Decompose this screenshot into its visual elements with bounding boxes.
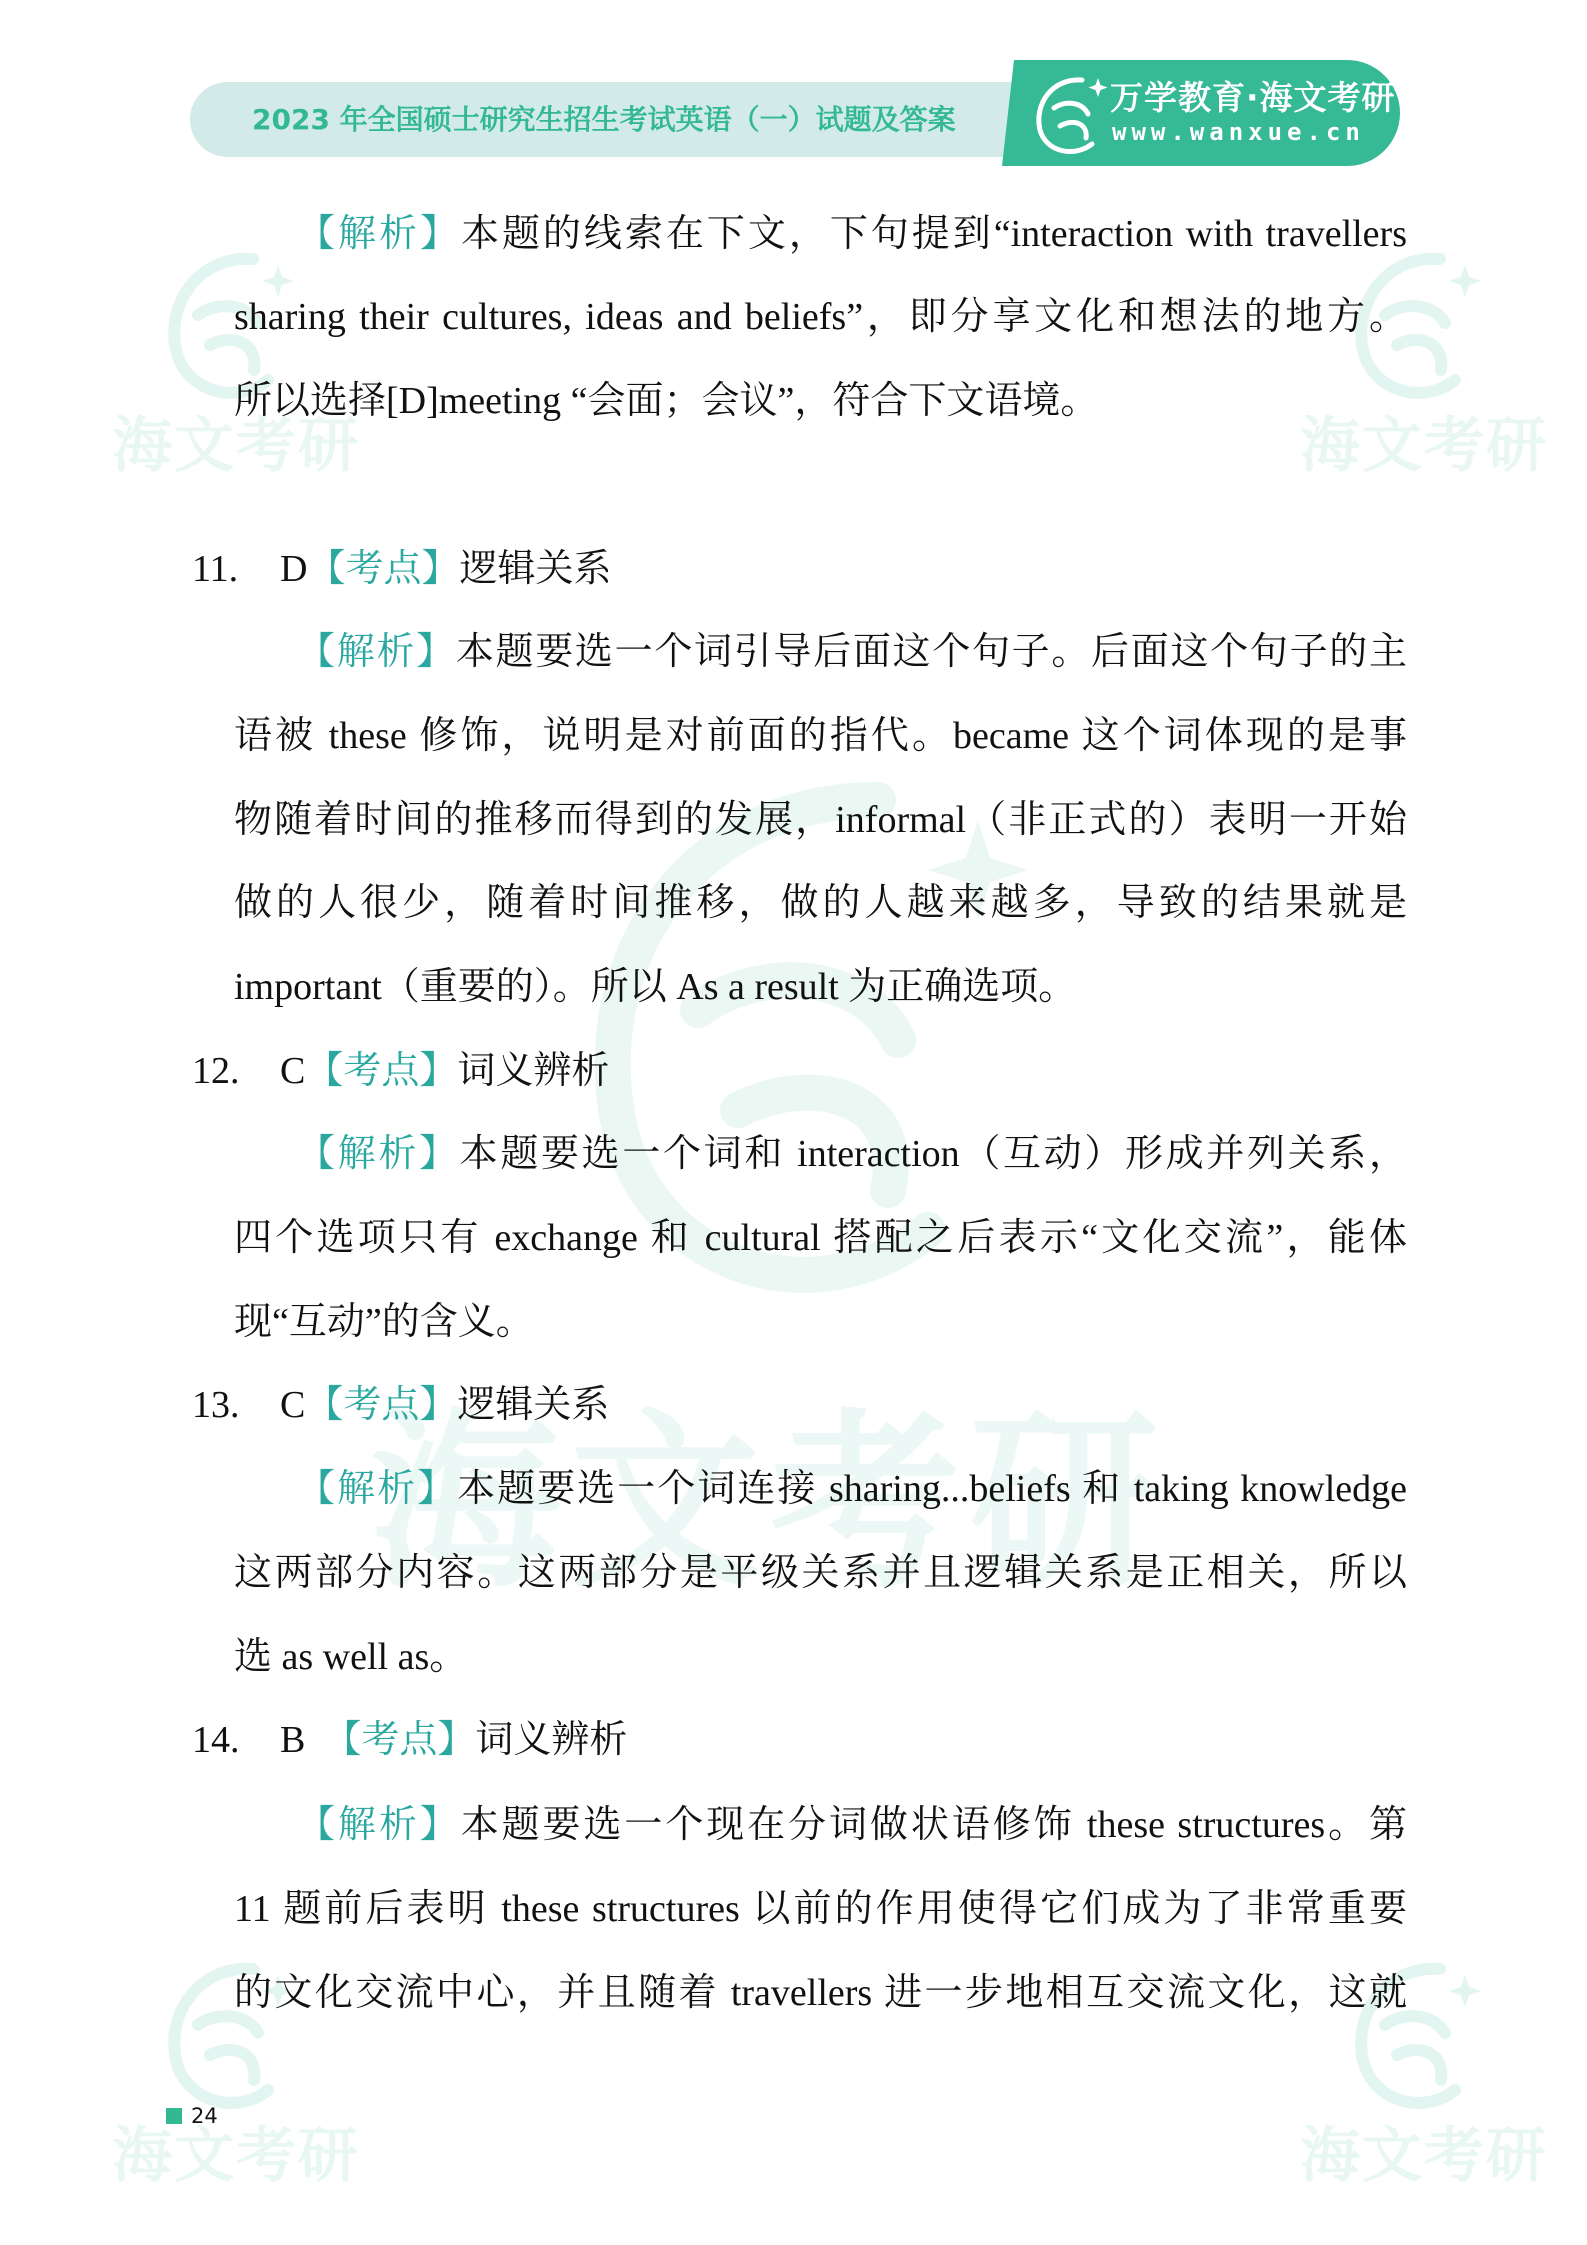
analysis-line: 选 as well as。 — [234, 1627, 1407, 1687]
analysis-line: 做的人很少，随着时间推移，做的人越来越多，导致的结果就是 — [234, 873, 1407, 933]
watermark-text: 海文考研 — [1300, 2108, 1548, 2194]
analysis-line: 【解析】本题要选一个现在分词做状语修饰 these structures。第 — [297, 1795, 1407, 1855]
analysis-text: 本题的线索在下文，下句提到“interaction with traveller… — [461, 213, 1407, 255]
point-tag: 【考点】 — [307, 548, 459, 590]
analysis-line: 语被 these 修饰，说明是对前面的指代。became 这个词体现的是事 — [234, 706, 1407, 766]
wanxue-logo-icon — [1030, 72, 1112, 156]
analysis-line: 所以选择[D]meeting “会面；会议”，符合下文语境。 — [234, 371, 1407, 431]
point-tag: 【考点】 — [305, 1050, 457, 1092]
page-number: 24 — [166, 2103, 218, 2129]
document-title: 2023 年全国硕士研究生招生考试英语（一）试题及答案 — [252, 98, 956, 142]
analysis-tag: 【解析】 — [297, 1804, 461, 1846]
analysis-tag: 【解析】 — [297, 213, 461, 255]
question-11-header: 11.D【考点】逻辑关系 — [192, 539, 611, 599]
question-13-header: 13.C【考点】逻辑关系 — [192, 1375, 609, 1435]
analysis-text: 本题要选一个词连接 sharing...beliefs 和 taking kno… — [457, 1468, 1407, 1510]
analysis-line: 这两部分内容。这两部分是平级关系并且逻辑关系是正相关，所以 — [234, 1543, 1407, 1603]
brand-name: 万学教育·海文考研 — [1110, 78, 1396, 118]
question-answer: C — [280, 1041, 305, 1101]
question-answer: D — [280, 539, 307, 599]
analysis-tag: 【解析】 — [297, 1468, 457, 1510]
analysis-tag: 【解析】 — [297, 1133, 460, 1175]
analysis-text: 本题要选一个词和 interaction（互动）形成并列关系， — [460, 1133, 1407, 1175]
question-14-header: 14.B【考点】词义辨析 — [192, 1710, 627, 1770]
analysis-line: 【解析】本题要选一个词和 interaction（互动）形成并列关系， — [297, 1124, 1407, 1184]
point-text: 词义辨析 — [475, 1719, 627, 1761]
analysis-line: sharing their cultures, ideas and belief… — [234, 287, 1407, 347]
analysis-line: 【解析】本题要选一个词连接 sharing...beliefs 和 taking… — [297, 1459, 1407, 1519]
point-tag: 【考点】 — [323, 1719, 475, 1761]
analysis-line: 物随着时间的推移而得到的发展，informal（非正式的）表明一开始 — [234, 790, 1407, 850]
question-12-header: 12.C【考点】词义辨析 — [192, 1041, 609, 1101]
analysis-line: 现“互动”的含义。 — [234, 1292, 1407, 1352]
analysis-line: 四个选项只有 exchange 和 cultural 搭配之后表示“文化交流”，… — [234, 1208, 1407, 1268]
analysis-line: 11 题前后表明 these structures 以前的作用使得它们成为了非常… — [234, 1879, 1407, 1939]
point-text: 逻辑关系 — [459, 548, 611, 590]
question-number: 11. — [192, 539, 280, 599]
analysis-text: 本题要选一个词引导后面这个句子。后面这个句子的主 — [456, 631, 1407, 673]
analysis-tag: 【解析】 — [297, 631, 456, 673]
analysis-line: 【解析】本题的线索在下文，下句提到“interaction with trave… — [297, 204, 1407, 264]
point-text: 逻辑关系 — [457, 1384, 609, 1426]
page-marker-icon — [166, 2108, 182, 2124]
analysis-line: important（重要的）。所以 As a result 为正确选项。 — [234, 957, 1407, 1017]
brand-url: www.wanxue.cn — [1112, 118, 1365, 146]
point-text: 词义辨析 — [457, 1050, 609, 1092]
question-number: 13. — [192, 1375, 280, 1435]
page-number-text: 24 — [191, 2104, 218, 2128]
analysis-line: 的文化交流中心，并且随着 travellers 进一步地相互交流文化，这就 — [234, 1963, 1407, 2023]
watermark-text: 海文考研 — [112, 2108, 360, 2194]
question-answer: B — [280, 1710, 305, 1770]
analysis-text: 本题要选一个现在分词做状语修饰 these structures。第 — [461, 1804, 1407, 1846]
analysis-line: 【解析】本题要选一个词引导后面这个句子。后面这个句子的主 — [297, 622, 1407, 682]
question-number: 12. — [192, 1041, 280, 1101]
question-number: 14. — [192, 1710, 280, 1770]
question-answer: C — [280, 1375, 305, 1435]
point-tag: 【考点】 — [305, 1384, 457, 1426]
